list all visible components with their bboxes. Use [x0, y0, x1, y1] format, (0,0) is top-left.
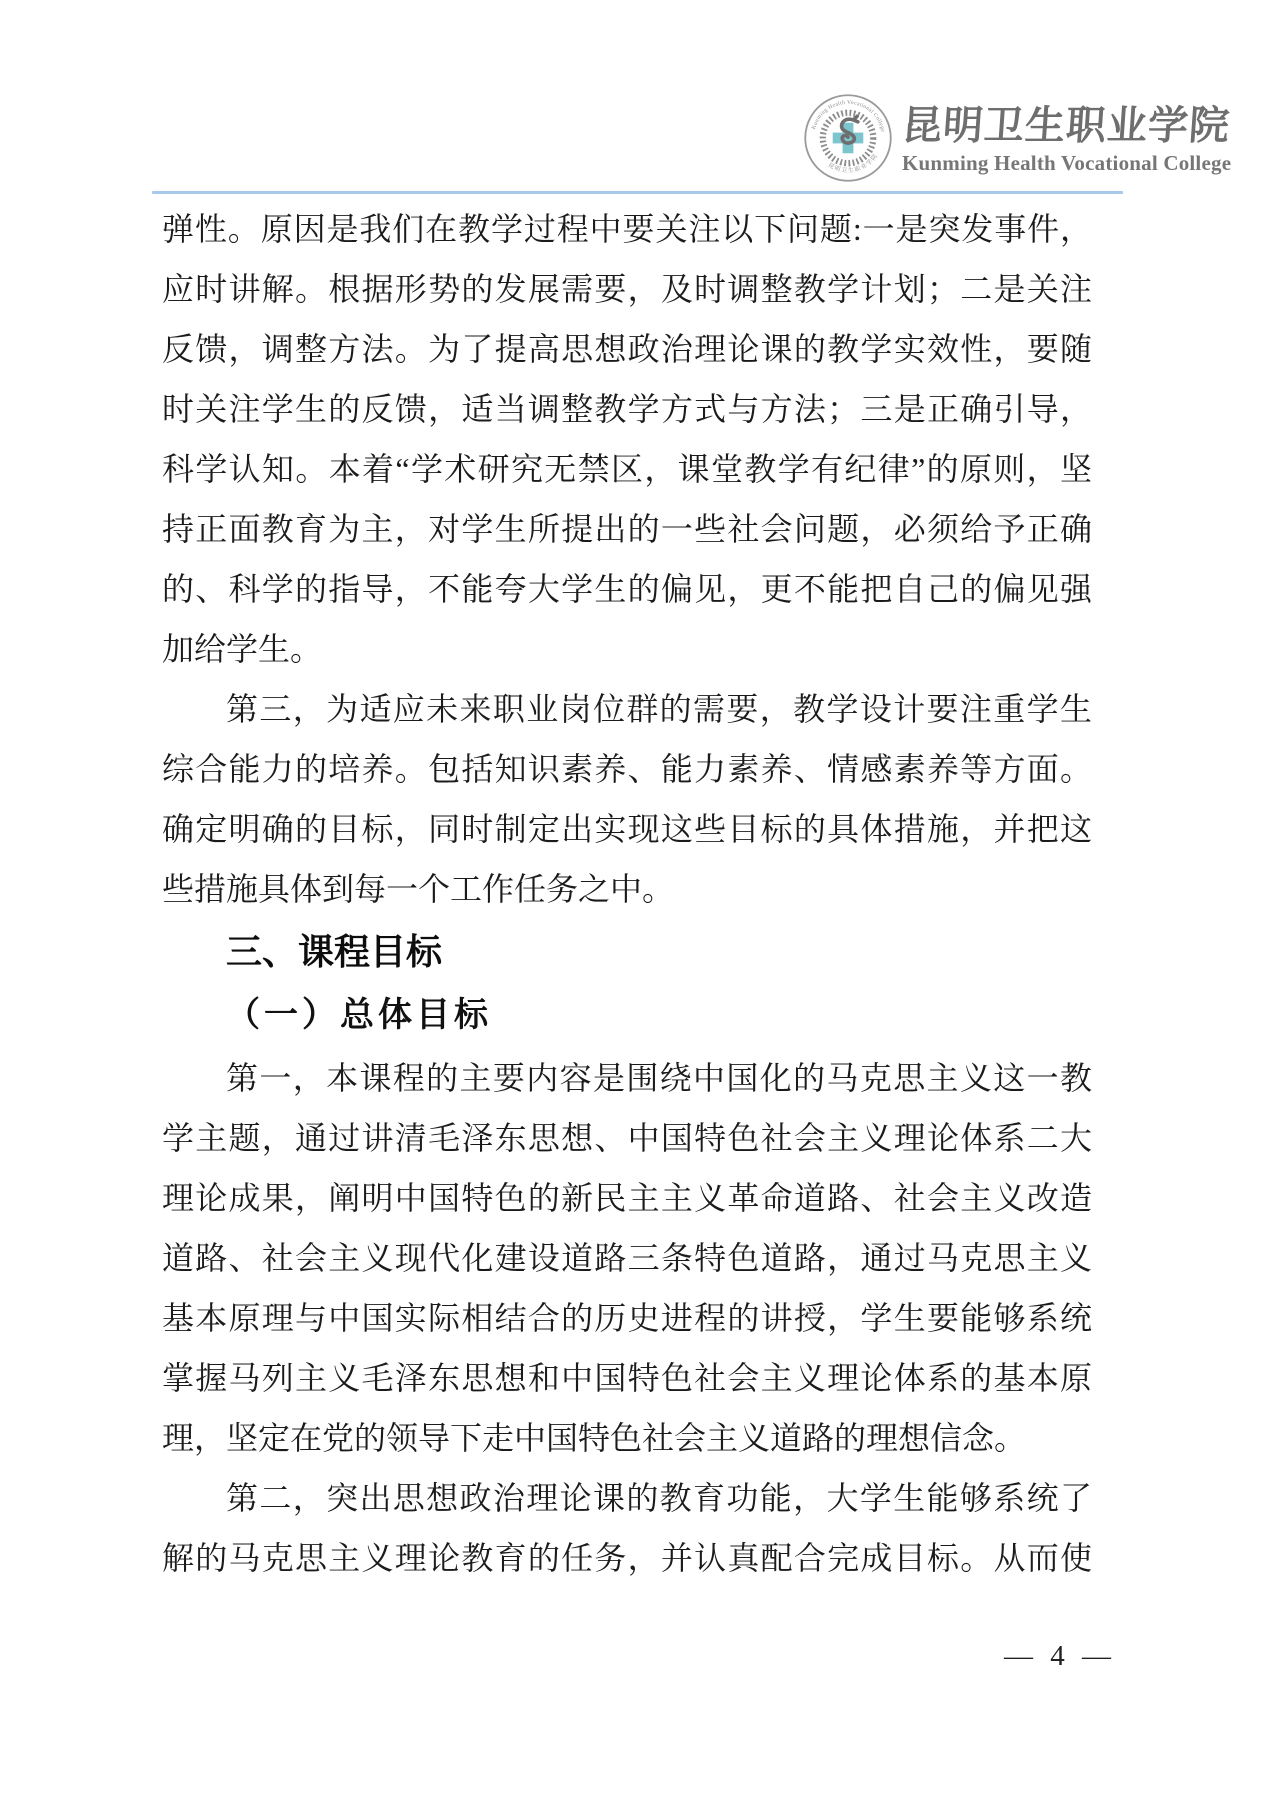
- document-page: Kunming Health Vocational College 昆明卫生职业…: [0, 0, 1274, 1801]
- text-line: 的、科学的指导，不能夸大学生的偏见，更不能把自己的偏见强: [162, 559, 1092, 619]
- text-line: 确定明确的目标，同时制定出实现这些目标的具体措施，并把这: [162, 799, 1092, 859]
- header-divider-rule: [152, 191, 1123, 194]
- text-line: 些措施具体到每一个工作任务之中。: [162, 859, 1092, 919]
- text-line: 弹性。原因是我们在教学过程中要关注以下问题:一是突发事件，: [162, 199, 1092, 259]
- text-line: 综合能力的培养。包括知识素养、能力素养、情感素养等方面。: [162, 739, 1092, 799]
- college-name-english: Kunming Health Vocational College: [902, 150, 1192, 176]
- text-line: 第二，突出思想政治理论课的教育功能，大学生能够系统了: [162, 1468, 1092, 1528]
- text-line: 理，坚定在党的领导下走中国特色社会主义道路的理想信念。: [162, 1408, 1092, 1468]
- text-line: 第三，为适应未来职业岗位群的需要，教学设计要注重学生: [162, 679, 1092, 739]
- college-logo-seal: Kunming Health Vocational College 昆明卫生职业…: [803, 93, 893, 183]
- text-line: 学主题，通过讲清毛泽东思想、中国特色社会主义理论体系二大: [162, 1108, 1092, 1168]
- page-number: — 4 —: [975, 1640, 1145, 1673]
- text-line: 基本原理与中国实际相结合的历史进程的讲授，学生要能够系统: [162, 1288, 1092, 1348]
- subsection-heading: （一）总体目标: [162, 986, 1092, 1046]
- text-line: 应时讲解。根据形势的发展需要，及时调整教学计划；二是关注: [162, 259, 1092, 319]
- text-line: 第一，本课程的主要内容是围绕中国化的马克思主义这一教: [162, 1048, 1092, 1108]
- text-line: 时关注学生的反馈，适当调整教学方式与方法；三是正确引导，: [162, 379, 1092, 439]
- college-name-calligraphy: 昆明卫生职业学院: [900, 100, 1194, 152]
- document-body: 弹性。原因是我们在教学过程中要关注以下问题:一是突发事件，应时讲解。根据形势的发…: [162, 199, 1092, 1588]
- text-line: 持正面教育为主，对学生所提出的一些社会问题，必须给予正确: [162, 499, 1092, 559]
- section-heading: 三、课程目标: [162, 922, 1092, 982]
- text-line: 道路、社会主义现代化建设道路三条特色道路，通过马克思主义: [162, 1228, 1092, 1288]
- text-line: 理论成果，阐明中国特色的新民主主义革命道路、社会主义改造: [162, 1168, 1092, 1228]
- text-line: 解的马克思主义理论教育的任务，并认真配合完成目标。从而使: [162, 1528, 1092, 1588]
- text-line: 掌握马列主义毛泽东思想和中国特色社会主义理论体系的基本原: [162, 1348, 1092, 1408]
- text-line: 反馈，调整方法。为了提高思想政治理论课的教学实效性，要随: [162, 319, 1092, 379]
- text-line: 加给学生。: [162, 619, 1092, 679]
- text-line: 科学认知。本着“学术研究无禁区，课堂教学有纪律”的原则，坚: [162, 439, 1092, 499]
